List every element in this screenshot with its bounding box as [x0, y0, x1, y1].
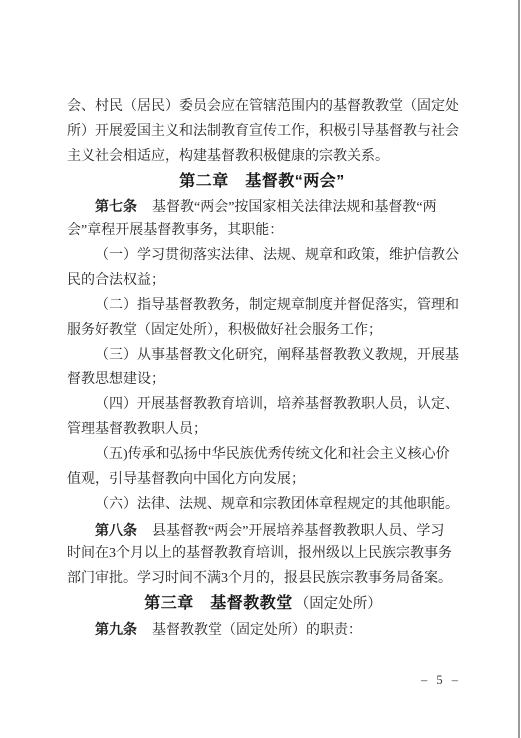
- line-text: （一）学习贯彻落实法律、法规、规章和政策，维护信教公: [95, 248, 459, 263]
- document-page: 会、村民（居民）委员会应在管辖范围内的基督教教堂（固定处所）开展爱国主义和法制教…: [0, 0, 521, 738]
- line-text: （五)传承和弘扬中华民族优秀传统文化和社会主义核心价: [95, 447, 450, 462]
- line-text: 服务好教堂（固定处所），积极做好社会服务工作；: [67, 323, 382, 338]
- article-number-bold: 第七条: [95, 198, 137, 214]
- line-text: 基督教教堂（固定处所）的职责：: [152, 623, 362, 638]
- text-line: （四）开展基督教教育培训，培养基督教教职人员，认定、: [67, 393, 459, 418]
- text-line: 会”章程开展基督教事务，其职能：: [67, 219, 459, 244]
- line-text: 会、村民（居民）委员会应在管辖范围内的基督教教堂（固定处: [67, 99, 459, 114]
- line-text: 主义社会相适应，构建基督教积极健康的宗教关系。: [67, 149, 389, 164]
- line-text: 督教思想建设；: [67, 372, 165, 387]
- text-line: （六）法律、法规、规章和宗教团体章程规定的其他职能。: [67, 493, 459, 518]
- line-text: 所）开展爱国主义和法制教育宣传工作，积极引导基督教与社会: [67, 124, 459, 139]
- line-text: 会”章程开展基督教事务，其职能：: [67, 223, 283, 238]
- line-text: 县基督教“两会”开展培养基督教教职人员、学习: [152, 524, 444, 539]
- line-text: （三）从事基督教文化研究，阐释基督教教义教规，开展基: [95, 348, 459, 363]
- text-line: （三）从事基督教文化研究，阐释基督教教义教规，开展基: [67, 344, 459, 369]
- chapter-title-bold: 第三章 基督教教堂: [144, 595, 293, 612]
- line-text: 部门审批。学习时间不满3个月的，报县民族宗教事务局备案。: [67, 571, 452, 586]
- text-line: 管理基督教教职人员；: [67, 418, 459, 443]
- text-line: 部门审批。学习时间不满3个月的，报县民族宗教事务局备案。: [67, 567, 459, 592]
- text-line: 第八条县基督教“两会”开展培养基督教教职人员、学习: [67, 518, 459, 543]
- line-text: （四）开展基督教教育培训，培养基督教教职人员，认定、: [95, 397, 459, 412]
- line-text: 时间在3个月以上的基督教教育培训，报州级以上民族宗教事务: [67, 546, 452, 561]
- text-line: （二）指导基督教教务，制定规章制度并督促落实，管理和: [67, 294, 459, 319]
- chapter-title-bold: 第二章 基督教“两会”: [179, 173, 345, 190]
- line-text: （固定处所）: [295, 596, 382, 612]
- text-line: （五)传承和弘扬中华民族优秀传统文化和社会主义核心价: [67, 443, 459, 468]
- text-line: 会、村民（居民）委员会应在管辖范围内的基督教教堂（固定处: [67, 95, 459, 120]
- text-line: 主义社会相适应，构建基督教积极健康的宗教关系。: [67, 145, 459, 170]
- line-text: 管理基督教教职人员；: [67, 422, 207, 437]
- text-line: 督教思想建设；: [67, 368, 459, 393]
- line-text: 民的合法权益；: [67, 273, 165, 288]
- text-line: 所）开展爱国主义和法制教育宣传工作，积极引导基督教与社会: [67, 120, 459, 145]
- text-line: 第七条基督教“两会”按国家相关法律法规和基督教“两: [67, 194, 459, 219]
- article-number-bold: 第九条: [95, 621, 137, 637]
- document-lines: 会、村民（居民）委员会应在管辖范围内的基督教教堂（固定处所）开展爱国主义和法制教…: [67, 95, 459, 642]
- line-text: （六）法律、法规、规章和宗教团体章程规定的其他职能。: [95, 497, 459, 512]
- page-number: – 5 –: [421, 673, 461, 688]
- text-line: 民的合法权益；: [67, 269, 459, 294]
- text-line: 时间在3个月以上的基督教教育培训，报州级以上民族宗教事务: [67, 542, 459, 567]
- text-line: 值观，引导基督教向中国化方向发展；: [67, 468, 459, 493]
- page-edge-scan-line: [518, 0, 520, 738]
- article-number-bold: 第八条: [95, 522, 137, 538]
- chapter-heading: 第三章 基督教教堂（固定处所）: [67, 592, 459, 617]
- text-line: 第九条基督教教堂（固定处所）的职责：: [67, 617, 459, 642]
- text-line: 服务好教堂（固定处所），积极做好社会服务工作；: [67, 319, 459, 344]
- line-text: （二）指导基督教教务，制定规章制度并督促落实，管理和: [95, 298, 459, 313]
- chapter-heading: 第二章 基督教“两会”: [67, 170, 459, 195]
- line-text: 值观，引导基督教向中国化方向发展；: [67, 472, 305, 487]
- text-line: （一）学习贯彻落实法律、法规、规章和政策，维护信教公: [67, 244, 459, 269]
- line-text: 基督教“两会”按国家相关法律法规和基督教“两: [152, 200, 437, 215]
